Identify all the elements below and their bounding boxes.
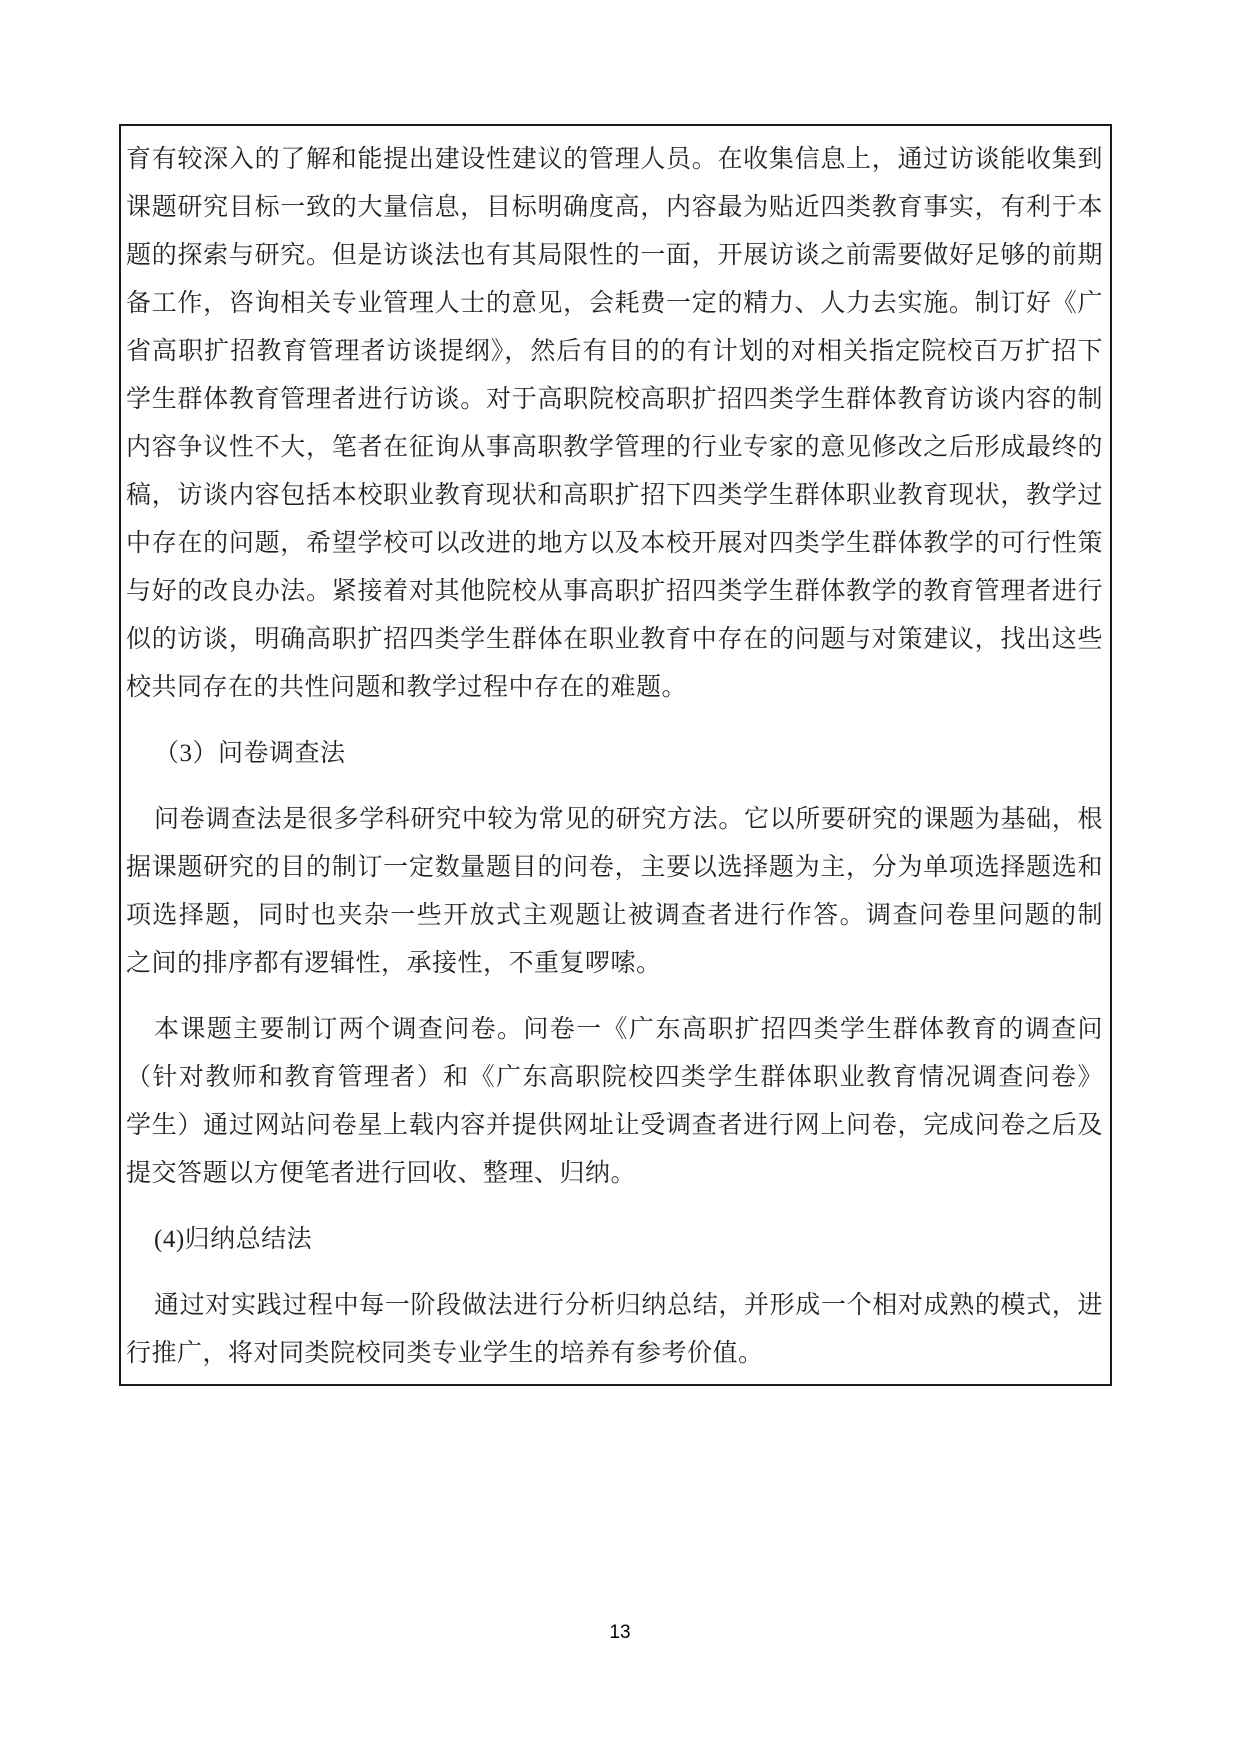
text-line: （针对教师和教育管理者）和《广东高职院校四类学生群体职业教育情况调查问卷》（针对 <box>126 1054 1103 1102</box>
text-line: 似的访谈，明确高职扩招四类学生群体在职业教育中存在的问题与对策建议，找出这些学 <box>126 616 1103 664</box>
text-line: 校共同存在的共性问题和教学过程中存在的难题。 <box>126 664 1103 712</box>
section-heading: (4)归纳总结法 <box>126 1216 1103 1264</box>
text-line: （3）问卷调查法 <box>126 730 1103 778</box>
text-line: 与好的改良办法。紧接着对其他院校从事高职扩招四类学生群体教学的教育管理者进行类 <box>126 568 1103 616</box>
text-line: 据课题研究的目的制订一定数量题目的问卷，主要以选择题为主，分为单项选择题选和多 <box>126 844 1103 892</box>
text-line: 之间的排序都有逻辑性，承接性，不重复啰嗦。 <box>126 940 1103 988</box>
document-page: 育有较深入的了解和能提出建设性建议的管理人员。在收集信息上，通过访谈能收集到与课… <box>0 0 1240 1754</box>
page-number: 13 <box>0 1622 1240 1644</box>
text-line: 备工作，咨询相关专业管理人士的意见，会耗费一定的精力、人力去实施。制订好《广东 <box>126 280 1103 328</box>
text-line: 学生）通过网站问卷星上载内容并提供网址让受调查者进行网上问卷，完成问卷之后及时 <box>126 1102 1103 1150</box>
text-line: 行推广，将对同类院校同类专业学生的培养有参考价值。 <box>126 1330 1103 1378</box>
text-line: 学生群体教育管理者进行访谈。对于高职院校高职扩招四类学生群体教育访谈内容的制订 <box>126 376 1103 424</box>
text-line: 育有较深入的了解和能提出建设性建议的管理人员。在收集信息上，通过访谈能收集到与 <box>126 136 1103 184</box>
content-border-box: 育有较深入的了解和能提出建设性建议的管理人员。在收集信息上，通过访谈能收集到与课… <box>119 124 1112 1386</box>
paragraph: 本课题主要制订两个调查问卷。问卷一《广东高职扩招四类学生群体教育的调查问卷》（针… <box>126 1006 1103 1198</box>
text-line: 省高职扩招教育管理者访谈提纲》，然后有目的的有计划的对相关指定院校百万扩招下四类 <box>126 328 1103 376</box>
text-line: 问卷调查法是很多学科研究中较为常见的研究方法。它以所要研究的课题为基础，根 <box>126 796 1103 844</box>
text-line: 中存在的问题，希望学校可以改进的地方以及本校开展对四类学生群体教学的可行性策略 <box>126 520 1103 568</box>
text-line: 通过对实践过程中每一阶段做法进行分析归纳总结，并形成一个相对成熟的模式，进 <box>126 1282 1103 1330</box>
text-line: 项选择题，同时也夹杂一些开放式主观题让被调查者进行作答。调查问卷里问题的制订、 <box>126 892 1103 940</box>
text-line: 稿，访谈内容包括本校职业教育现状和高职扩招下四类学生群体职业教育现状，教学过程 <box>126 472 1103 520</box>
text-line: 课题研究目标一致的大量信息，目标明确度高，内容最为贴近四类教育事实，有利于本课 <box>126 184 1103 232</box>
paragraph: 育有较深入的了解和能提出建设性建议的管理人员。在收集信息上，通过访谈能收集到与课… <box>126 136 1103 712</box>
text-line: (4)归纳总结法 <box>126 1216 1103 1264</box>
paragraph: 通过对实践过程中每一阶段做法进行分析归纳总结，并形成一个相对成熟的模式，进行推广… <box>126 1282 1103 1378</box>
text-line: 内容争议性不大，笔者在征询从事高职教学管理的行业专家的意见修改之后形成最终的定 <box>126 424 1103 472</box>
text-line: 题的探索与研究。但是访谈法也有其局限性的一面，开展访谈之前需要做好足够的前期准 <box>126 232 1103 280</box>
paragraph: 问卷调查法是很多学科研究中较为常见的研究方法。它以所要研究的课题为基础，根据课题… <box>126 796 1103 988</box>
text-line: 本课题主要制订两个调查问卷。问卷一《广东高职扩招四类学生群体教育的调查问卷》 <box>126 1006 1103 1054</box>
text-line: 提交答题以方便笔者进行回收、整理、归纳。 <box>126 1150 1103 1198</box>
section-heading: （3）问卷调查法 <box>126 730 1103 778</box>
